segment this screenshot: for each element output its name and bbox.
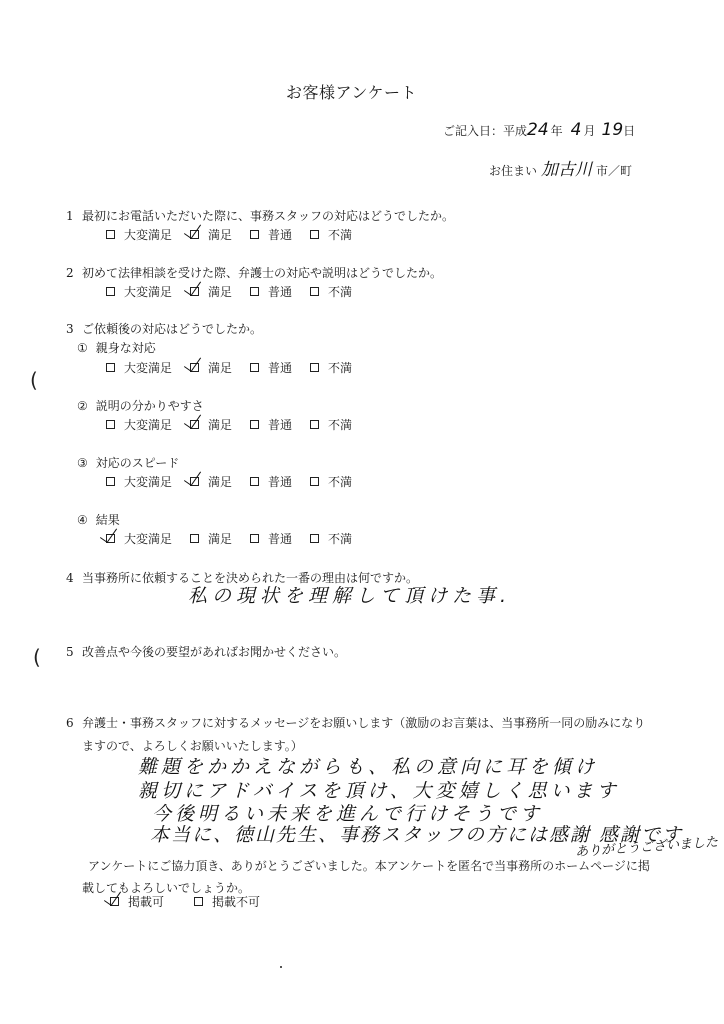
question-3: 3ご依頼後の対応はどうでしたか。 [66,320,262,337]
checkbox[interactable] [106,363,115,372]
fill-date-day-label: 日 [623,124,635,138]
checkbox[interactable] [106,230,115,239]
closing-line-1: アンケートにご協力頂き、ありがとうございました。本アンケートを匿名で当事務所のホ… [88,857,650,874]
checkbox-checked[interactable] [110,897,119,906]
question-text: 改善点や今後の要望があればお聞かせください。 [82,645,346,659]
question-2: 2初めて法律相談を受けた際、弁護士の対応や説明はどうでしたか。 [66,264,442,281]
sub-question-3: ③対応のスピード [77,454,179,471]
question-1: 1最初にお電話いただいた際に、事務スタッフの対応はどうでしたか。 [66,207,454,224]
option-very-satisfied[interactable]: 大変満足 [106,226,172,243]
sub-question-text: 親身な対応 [96,341,156,355]
address-field: お住まい加古川市／町 [489,155,632,180]
checkbox[interactable] [194,897,203,906]
question-2-options: 大変満足 満足 普通 不満 [106,283,370,300]
option-neutral[interactable]: 普通 [250,226,292,243]
question-number: 6 [66,716,82,730]
checkbox[interactable] [310,420,319,429]
option-satisfied[interactable]: 満足 [190,473,232,490]
sub-question-3-options: 大変満足 満足 普通 不満 [106,473,370,490]
publish-options: 掲載可 掲載不可 [110,893,278,910]
margin-mark-icon: ( [30,368,38,392]
sub-question-number: ① [77,341,88,355]
question-number: 3 [66,322,82,336]
address-label: お住まい [489,164,537,178]
checkbox[interactable] [250,477,259,486]
checkbox[interactable] [106,420,115,429]
checkbox-checked[interactable] [190,420,199,429]
question-number: 4 [66,571,82,585]
option-neutral[interactable]: 普通 [250,416,292,433]
option-neutral[interactable]: 普通 [250,473,292,490]
checkbox[interactable] [310,287,319,296]
option-satisfied[interactable]: 満足 [190,530,232,547]
option-dissatisfied[interactable]: 不満 [310,283,352,300]
question-number: 5 [66,645,82,659]
option-satisfied[interactable]: 満足 [190,359,232,376]
sub-question-number: ③ [77,456,88,470]
checkbox[interactable] [250,230,259,239]
checkbox-checked[interactable] [190,230,199,239]
checkbox[interactable] [106,477,115,486]
question-number: 2 [66,266,82,280]
question-text: 初めて法律相談を受けた際、弁護士の対応や説明はどうでしたか。 [82,266,442,280]
option-satisfied[interactable]: 満足 [190,226,232,243]
sub-question-1-options: 大変満足 満足 普通 不満 [106,359,370,376]
address-city: 加古川 [541,160,592,180]
option-neutral[interactable]: 普通 [250,359,292,376]
sub-question-4: ④結果 [77,511,120,528]
fill-date-day: 19 [602,120,624,140]
sub-question-2: ②説明の分かりやすさ [77,397,204,414]
option-neutral[interactable]: 普通 [250,283,292,300]
sub-question-number: ② [77,399,88,413]
checkbox[interactable] [310,477,319,486]
fill-date: ご記入日：平成24年4月19日 [443,120,635,140]
checkbox[interactable] [310,363,319,372]
checkbox-checked[interactable] [106,534,115,543]
option-publish-ok[interactable]: 掲載可 [110,893,164,910]
page-title: お客様アンケート [286,80,417,103]
question-text: 最初にお電話いただいた際に、事務スタッフの対応はどうでしたか。 [82,209,454,223]
option-neutral[interactable]: 普通 [250,530,292,547]
checkbox[interactable] [190,534,199,543]
question-6-answer-line-1: 難題をかかえながらも、私の意向に耳を傾け [138,752,598,779]
option-dissatisfied[interactable]: 不満 [310,416,352,433]
option-very-satisfied[interactable]: 大変満足 [106,416,172,433]
question-number: 1 [66,209,82,223]
checkbox[interactable] [106,287,115,296]
fill-date-month: 4 [571,120,582,140]
option-very-satisfied[interactable]: 大変満足 [106,473,172,490]
checkbox-checked[interactable] [190,363,199,372]
fill-date-label: ご記入日：平成 [443,124,527,138]
question-5: 5改善点や今後の要望があればお聞かせください。 [66,643,346,660]
checkbox-checked[interactable] [190,477,199,486]
option-very-satisfied[interactable]: 大変満足 [106,283,172,300]
checkbox[interactable] [250,534,259,543]
address-suffix: 市／町 [596,164,632,178]
checkbox[interactable] [310,230,319,239]
checkbox[interactable] [250,287,259,296]
fill-date-year: 24 [527,120,549,140]
sub-question-1: ①親身な対応 [77,339,156,356]
question-1-options: 大変満足 満足 普通 不満 [106,226,370,243]
option-dissatisfied[interactable]: 不満 [310,530,352,547]
sub-question-number: ④ [77,513,88,527]
checkbox-checked[interactable] [190,287,199,296]
scan-speck [280,966,282,968]
option-dissatisfied[interactable]: 不満 [310,226,352,243]
option-very-satisfied[interactable]: 大変満足 [106,359,172,376]
sub-question-2-options: 大変満足 満足 普通 不満 [106,416,370,433]
checkbox[interactable] [250,363,259,372]
checkbox[interactable] [250,420,259,429]
fill-date-month-label: 月 [584,124,596,138]
question-text: ご依頼後の対応はどうでしたか。 [82,322,262,336]
option-dissatisfied[interactable]: 不満 [310,473,352,490]
margin-mark-icon: ( [33,645,41,669]
sub-question-text: 説明の分かりやすさ [96,399,204,413]
option-satisfied[interactable]: 満足 [190,283,232,300]
sub-question-text: 対応のスピード [96,456,180,470]
option-dissatisfied[interactable]: 不満 [310,359,352,376]
fill-date-year-label: 年 [551,124,563,138]
option-very-satisfied[interactable]: 大変満足 [106,530,172,547]
question-4-answer: 私の現状を理解して頂けた事. [188,581,511,608]
sub-question-4-options: 大変満足 満足 普通 不満 [106,530,370,547]
checkbox[interactable] [310,534,319,543]
option-satisfied[interactable]: 満足 [190,416,232,433]
question-6: 6弁護士・事務スタッフに対するメッセージをお願いします（激励のお言葉は、当事務所… [66,714,645,731]
option-publish-no[interactable]: 掲載不可 [194,893,260,910]
question-text: 弁護士・事務スタッフに対するメッセージをお願いします（激励のお言葉は、当事務所一… [82,716,645,730]
